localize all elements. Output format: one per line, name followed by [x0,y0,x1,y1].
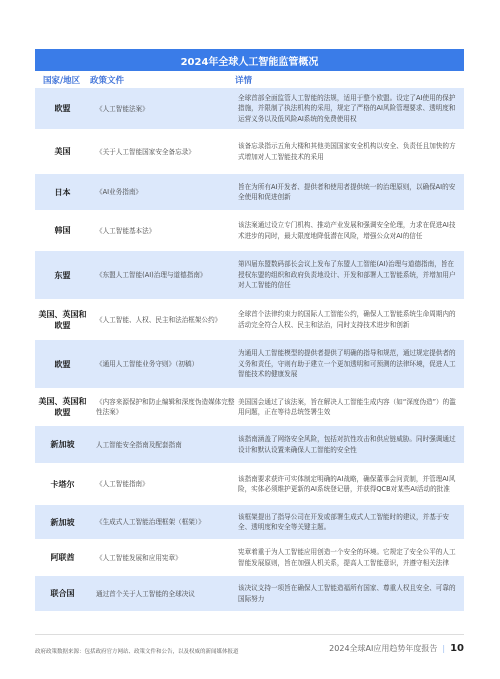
row-country: 美国、英国和欧盟 [35,309,90,331]
table-row: 阿联酋《人工智能发展和应用宪章》宪章着重于为人工智能应用创造一个安全的环境。它规… [35,539,464,576]
row-policy: 《东盟人工智能(AI)治理与道德指南》 [90,270,235,280]
table-row: 美国、英国和欧盟《人工智能、人权、民主和法治框架公约》全球首个法律约束力的国际人… [35,299,464,340]
row-detail: 为通用人工智能模型的提供者提供了明确的指导和规范，通过规定提供者的义务和责任，守… [235,346,464,382]
row-policy: 《人工智能基本法》 [90,226,235,236]
table-row: 联合国通过首个关于人工智能的全球决议该决议支持一项旨在确保人工智能造福所有国家、… [35,576,464,611]
page-number: 10 [450,643,464,654]
row-detail: 该指南要求获许可实体制定明确的AI战略，确保董事会问责制，并管理AI风险，实体必… [235,472,464,497]
row-country: 新加坡 [35,517,90,528]
table-row: 美国、英国和欧盟《内容来源保护和防止编辑和深度伪造媒体完整性法案》美国国会通过了… [35,388,464,426]
row-detail: 该法案通过设立专门机构、推动产业发展和强调安全伦理，力求在促进AI技术进步的同时… [235,218,464,243]
row-country: 美国 [35,146,90,157]
row-country: 东盟 [35,270,90,281]
row-country: 日本 [35,187,90,198]
header-country: 国家/地区 [35,74,90,86]
row-detail: 该备忘录指示五角大楼和其他美国国家安全机构以安全、负责任且加快的方式增加对人工智… [235,139,464,164]
table-row: 新加坡《生成式人工智能治理框架（框架）》该框架提出了指导公司在开发或部署生成式人… [35,505,464,539]
row-policy: 通过首个关于人工智能的全球决议 [90,589,235,599]
row-country: 阿联酋 [35,552,90,563]
table-row: 新加坡人工智能安全指南及配套指南该指南涵盖了网络安全风险，包括对抗性攻击和供应链… [35,426,464,463]
footer-separator: | [442,644,445,653]
report-title: 2024全球AI应用趋势年度报告 [329,643,437,654]
row-policy: 《人工智能法案》 [90,104,235,114]
table-row: 欧盟《人工智能法案》全球首部全面监管人工智能的法规，适用于整个欧盟。设定了AI使… [35,88,464,129]
ai-regulation-table: 2024年全球人工智能监管概况 国家/地区 政策文件 详情 欧盟《人工智能法案》… [35,49,464,611]
table-row: 卡塔尔《人工智能指南》该指南要求获许可实体制定明确的AI战略，确保董事会问责制，… [35,463,464,505]
table-body: 欧盟《人工智能法案》全球首部全面监管人工智能的法规，适用于整个欧盟。设定了AI使… [35,88,464,611]
row-policy: 《通用人工智能业务守则》（初稿） [90,359,235,369]
row-detail: 全球首部全面监管人工智能的法规，适用于整个欧盟。设定了AI使用的保护措施，并限制… [235,91,464,127]
table-row: 日本《AI业务指南》旨在为所有AI开发者、提供者和使用者提供统一的治理原则，以确… [35,174,464,210]
row-policy: 《人工智能指南》 [90,479,235,489]
row-country: 联合国 [35,588,90,599]
header-detail: 详情 [235,74,464,86]
row-detail: 该框架提出了指导公司在开发或部署生成式人工智能时的建议，并基于安全、透明度和安全… [235,510,464,535]
row-policy: 《关于人工智能国家安全备忘录》 [90,147,235,157]
row-country: 美国、英国和欧盟 [35,396,90,418]
row-detail: 全球首个法律约束力的国际人工智能公约，确保人工智能系统生命周期内的活动完全符合人… [235,307,464,332]
row-policy: 《内容来源保护和防止编辑和深度伪造媒体完整性法案》 [90,397,235,417]
row-detail: 宪章着重于为人工智能应用创造一个安全的环境。它规定了安全公平的人工智能发展原则，… [235,545,464,570]
row-detail: 该决议支持一项旨在确保人工智能造福所有国家、尊重人权且安全、可靠的国际努力 [235,581,464,606]
row-policy: 人工智能安全指南及配套指南 [90,440,235,450]
footer-divider [35,634,464,635]
table-header-row: 国家/地区 政策文件 详情 [35,71,464,88]
table-title: 2024年全球人工智能监管概况 [35,49,464,71]
row-policy: 《AI业务指南》 [90,187,235,197]
row-policy: 《生成式人工智能治理框架（框架）》 [90,517,235,527]
row-policy: 《人工智能发展和应用宪章》 [90,553,235,563]
row-detail: 美国国会通过了该法案，旨在解决人工智能生成内容（如“深度伪造”）的滥用问题，正在… [235,395,464,420]
row-detail: 旨在为所有AI开发者、提供者和使用者提供统一的治理原则，以确保AI的安全使用和促… [235,180,464,205]
row-country: 卡塔尔 [35,479,90,490]
row-detail: 该指南涵盖了网络安全风险，包括对抗性攻击和供应链威胁。同时强调通过设计和默认设置… [235,432,464,457]
table-row: 东盟《东盟人工智能(AI)治理与道德指南》第四届东盟数码部长会议上发布了东盟人工… [35,251,464,299]
header-policy: 政策文件 [90,74,235,86]
footer-report-info: 2024全球AI应用趋势年度报告 | 10 [329,643,464,654]
table-row: 美国《关于人工智能国家安全备忘录》该备忘录指示五角大楼和其他美国国家安全机构以安… [35,129,464,174]
footer-source-note: 政府政策数据来源：包括政府官方网站、政策文件和公告，以及权威的新闻媒体报道 [35,647,239,655]
row-country: 新加坡 [35,439,90,450]
row-country: 韩国 [35,225,90,236]
table-row: 欧盟《通用人工智能业务守则》（初稿）为通用人工智能模型的提供者提供了明确的指导和… [35,340,464,388]
table-row: 韩国《人工智能基本法》该法案通过设立专门机构、推动产业发展和强调安全伦理，力求在… [35,210,464,251]
row-policy: 《人工智能、人权、民主和法治框架公约》 [90,315,235,325]
row-detail: 第四届东盟数码部长会议上发布了东盟人工智能(AI)治理与道德指南，旨在授权东盟的… [235,257,464,293]
row-country: 欧盟 [35,359,90,370]
row-country: 欧盟 [35,103,90,114]
